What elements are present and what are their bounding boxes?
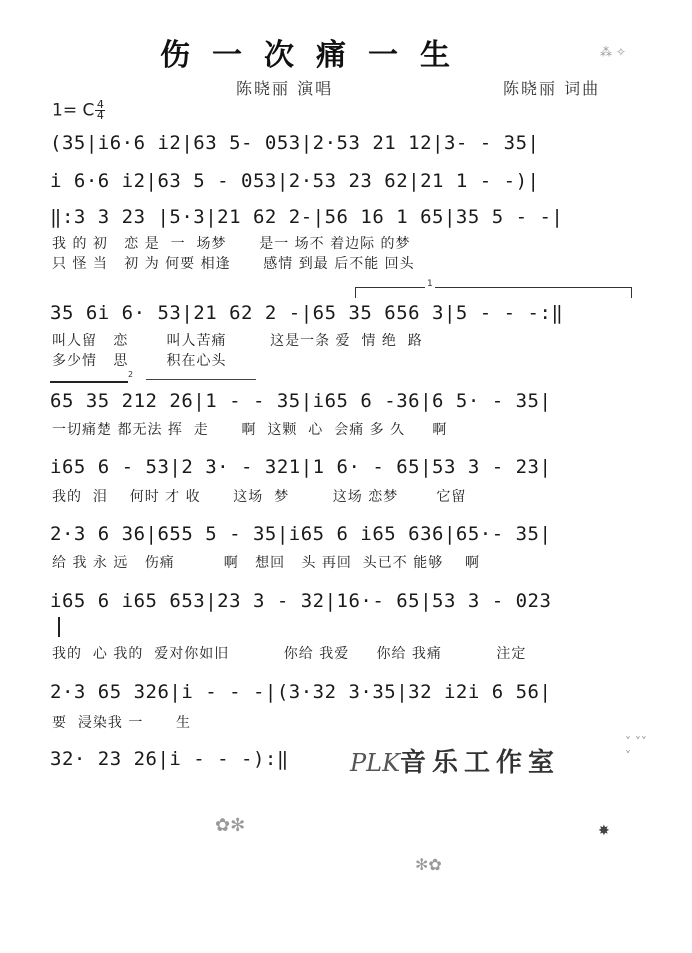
lyric-line-6: 我的 泪 何时 才 收 这场 梦 这场 恋梦 它留	[52, 486, 466, 506]
song-title: 伤一次痛一生	[160, 30, 472, 74]
score-line-3: ‖:3 3 23 |5·3|21 62 2-|56 16 1 65|35 5 -…	[50, 206, 563, 228]
volta-1-bracket	[355, 287, 632, 298]
time-denominator: 4	[95, 111, 105, 121]
score-line-10: 32· 23 26|i - - -):‖	[50, 748, 289, 770]
lyric-line-8: 我的 心 我的 爱对你如旧 你给 我爱 你给 我痛 注定	[52, 643, 526, 663]
score-line-8: i65 6 i65 653|23 3 - 32|16·- 65|53 3 - 0…	[50, 590, 551, 612]
volta-2-line-b	[146, 379, 256, 380]
volta-2-line	[50, 381, 128, 383]
key-signature: 1= C44	[52, 100, 105, 121]
studio-watermark: PLK音乐工作室	[350, 742, 560, 779]
watermark-latin: PLK	[350, 749, 400, 777]
lyric-line-3-verse-1: 我 的 初 恋 是 一 场梦 是一 场不 着边际 的梦	[52, 233, 411, 253]
score-line-2: i 6·6 i2|63 5 - 053|2·53 23 62|21 1 - -)…	[50, 170, 540, 192]
score-line-5: 65 35 212 26|1 - - 35|i65 6 -36|6 5· - 3…	[50, 390, 551, 412]
lyric-line-4-verse-2: 多少情 思 积在心头	[52, 350, 227, 370]
volta-1-label: 1	[425, 279, 435, 289]
score-line-1: (35|i6·6 i2|63 5- 053|2·53 21 12|3- - 35…	[50, 132, 540, 154]
composer-credit: 陈晓丽 词曲	[503, 76, 600, 99]
watermark-chinese: 音乐工作室	[400, 748, 560, 778]
heart-decoration: ˅ ˅˅˅	[625, 735, 647, 763]
barline-continuation	[58, 617, 60, 637]
volta-2-label: 2	[128, 370, 133, 379]
time-signature: 44	[95, 100, 105, 121]
lyric-line-9: 要 浸染我 一 生	[52, 712, 191, 732]
lyric-line-7: 给 我 永 远 伤痛 啊 想回 头 再回 头已不 能够 啊	[52, 552, 480, 572]
key-label: 1= C	[52, 101, 94, 121]
flower-decoration-middle: ✻✿	[415, 855, 442, 874]
star-decoration-right: ✸	[598, 823, 610, 839]
sparkle-decoration-top: ⁂ ✧	[600, 45, 626, 59]
score-line-9: 2·3 65 326|i - - -|(3·32 3·35|32 i2i 6 5…	[50, 681, 551, 703]
lyric-line-5: 一切痛楚 都无法 挥 走 啊 这颗 心 会痛 多 久 啊	[52, 419, 447, 439]
lyric-line-4-verse-1: 叫人留 恋 叫人苦痛 这是一条 爱 情 绝 路	[52, 330, 423, 350]
performer-credit: 陈晓丽 演唱	[236, 76, 333, 99]
score-line-4: 35 6i 6· 53|21 62 2 -|65 35 656 3|5 - - …	[50, 302, 563, 324]
score-line-6: i65 6 - 53|2 3· - 321|1 6· - 65|53 3 - 2…	[50, 456, 551, 478]
score-line-7: 2·3 6 36|655 5 - 35|i65 6 i65 636|65·- 3…	[50, 523, 551, 545]
lyric-line-3-verse-2: 只 怪 当 初 为 何要 相逢 感情 到最 后不能 回头	[52, 253, 415, 273]
flower-decoration-left: ✿✻	[215, 815, 245, 836]
